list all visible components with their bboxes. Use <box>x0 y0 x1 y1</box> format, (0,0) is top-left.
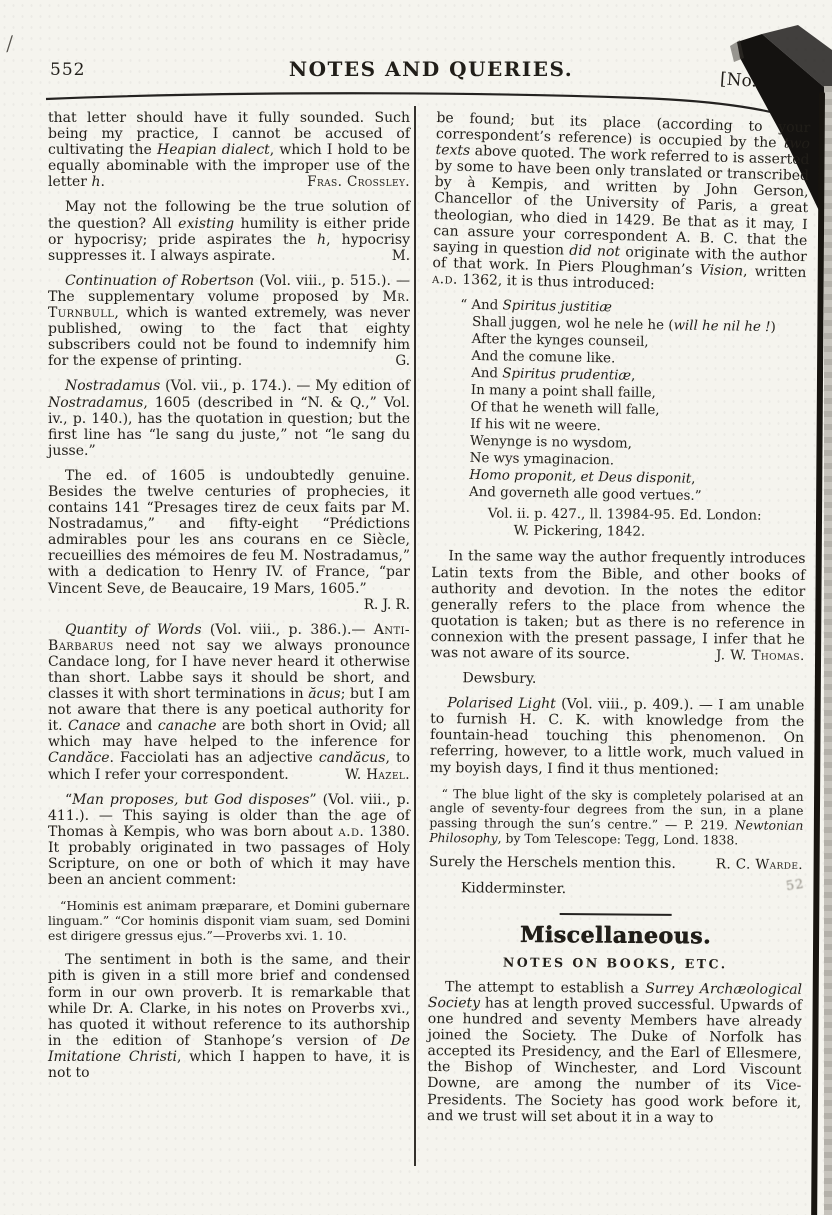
text-run: W. Pickering, 1842. <box>514 524 646 540</box>
italic-text: ăcus <box>308 686 340 702</box>
signature: Fras. Crossley. <box>293 174 410 190</box>
citation: Vol. ii. p. 427., ll. 13984-95. Ed. Lond… <box>432 505 806 542</box>
text-run: M. <box>392 248 410 264</box>
text-run: G. <box>395 353 410 369</box>
verse: “ And Spiritus justitiæShall juggen, wol… <box>431 296 809 506</box>
citation-line: W. Pickering, 1842. <box>488 523 806 543</box>
scanned-page: ⁄ 552 NOTES AND QUERIES. [No. 214. that … <box>0 0 832 1215</box>
signature: R. J. R. <box>333 597 410 613</box>
paragraph: be found; but its place (according to yo… <box>432 110 811 297</box>
italic-text: candăcus <box>319 750 386 766</box>
signature: W. Hazel. <box>314 767 410 783</box>
text-run: (Vol. viii., p. 386.).— <box>202 622 374 638</box>
text-run: The sentiment in both is the same, and t… <box>48 952 410 1048</box>
paragraph: May not the following be the true soluti… <box>48 199 410 263</box>
text-run: “Hominis est animam præparare, et Domini… <box>48 898 410 942</box>
paragraph: that letter should have it fully sounded… <box>48 110 410 190</box>
text-run: (Vol. vii., p. 174.). — My edition of <box>160 378 410 394</box>
italic-text: Quantity of Words <box>65 622 202 638</box>
text-run: ) <box>770 320 775 335</box>
smallcaps-text: J. W. Thomas. <box>716 647 805 664</box>
italic-text: Spiritus justitiæ <box>502 298 612 315</box>
paragraph: Nostradamus (Vol. vii., p. 174.). — My e… <box>48 378 410 458</box>
smallcaps-text: R. C. Warde. <box>716 857 803 874</box>
place: Dewsbury. <box>430 670 804 689</box>
paragraph: The attempt to establish a Surrey Archæo… <box>427 979 802 1127</box>
text-run: And the comune like. <box>471 349 615 367</box>
quote: “Hominis est animam præparare, et Domini… <box>48 899 410 943</box>
right-column: be found; but its place (according to yo… <box>427 110 809 1127</box>
text-run: , <box>631 369 636 384</box>
text-run: NOTES ON BOOKS, ETC. <box>503 954 728 971</box>
scan-edge-line <box>811 92 825 1215</box>
italic-text: will he nil he ! <box>673 318 770 335</box>
paragraph: The ed. of 1605 is undoubtedly genuine. … <box>48 468 410 613</box>
place: Kidderminster. <box>429 880 803 899</box>
paragraph: Surely the Herschels mention this.R. C. … <box>429 854 803 873</box>
italic-text: existing <box>178 216 234 232</box>
text-run: . <box>100 174 104 190</box>
italic-text: Vision <box>699 262 743 279</box>
text-run: R. J. R. <box>364 597 410 613</box>
text-run: Surely the Herschels mention this. <box>429 854 676 872</box>
signature: R. C. Warde. <box>702 857 803 874</box>
column-divider <box>414 106 416 1166</box>
text-run: , by Tom Telescope: Tegg, Lond. 1838. <box>498 830 739 847</box>
text-run: The ed. of 1605 is undoubtedly genuine. … <box>48 468 410 597</box>
italic-text: h <box>317 232 326 248</box>
signature: G. <box>364 353 410 369</box>
text-run: “ And <box>460 298 502 314</box>
text-run: Kidderminster. <box>461 880 566 897</box>
italic-text: Nostradamus <box>48 395 143 411</box>
italic-text: Candăce <box>48 750 110 766</box>
text-run: And governeth alle good vertues.” <box>469 485 702 504</box>
text-run: Ne wys ymaginacion. <box>470 451 615 469</box>
paragraph: The sentiment in both is the same, and t… <box>48 952 410 1081</box>
text-run: Dewsbury. <box>462 670 536 687</box>
smallcaps-text: W. Hazel. <box>345 767 410 783</box>
italic-text: Spiritus prudentiæ <box>502 366 631 383</box>
italic-text: Man proposes, but God disposes <box>72 792 309 808</box>
text-run: Miscellaneous. <box>520 921 711 949</box>
text-run: In the same way the author frequently in… <box>431 549 806 663</box>
section-heading: Miscellaneous. <box>428 926 802 945</box>
text-run: has at length proved successful. Upwards… <box>427 995 802 1125</box>
italic-text: Polarised Light <box>447 695 556 712</box>
smallcaps-text: a.d. <box>339 824 365 840</box>
scan-edge-strip <box>824 86 832 1215</box>
italic-text: Heapian dialect <box>157 142 270 158</box>
text-run: . Facciolati has an adjective <box>110 750 319 766</box>
text-run: , <box>691 472 696 487</box>
separator-rule <box>560 913 672 916</box>
pencil-mark: 52 <box>785 877 806 895</box>
smallcaps-text: Fras. Crossley. <box>307 174 410 190</box>
smallcaps-text: a.d. <box>432 271 458 288</box>
text-run: and <box>121 718 158 734</box>
paragraph: “Man proposes, but God disposes” (Vol. v… <box>48 792 410 889</box>
italic-text: Nostradamus <box>65 378 160 394</box>
journal-title: NOTES AND QUERIES. <box>70 57 792 81</box>
quote: “ The blue light of the sky is completel… <box>429 787 803 849</box>
signature: J. W. Thomas. <box>685 647 805 664</box>
paragraph: In the same way the author frequently in… <box>431 548 806 664</box>
text-run: , written <box>743 263 807 281</box>
paragraph: Continuation of Robertson (Vol. viii., p… <box>48 273 410 370</box>
italic-text: canache <box>158 718 217 734</box>
text-run: After the kynges counseil, <box>472 332 649 350</box>
italic-text: Continuation of Robertson <box>65 273 254 289</box>
sub-heading: NOTES ON BOOKS, ETC. <box>428 954 802 973</box>
text-run: And <box>471 366 502 382</box>
italic-text: Canace <box>68 718 121 734</box>
text-run: If his wit ne weere. <box>470 417 601 434</box>
text-run: The attempt to establish a <box>445 979 645 997</box>
text-run: Wenynge is no wysdom, <box>470 434 632 452</box>
paragraph: Polarised Light (Vol. viii., p. 409.). —… <box>430 695 805 778</box>
pen-mark: ⁄ <box>5 32 14 56</box>
text-run: Vol. ii. p. 427., ll. 13984-95. Ed. Lond… <box>488 506 762 523</box>
signature: M. <box>361 248 410 264</box>
text-run: above quoted. The work referred to is as… <box>433 143 810 258</box>
italic-text: did not <box>569 242 620 259</box>
left-column: that letter should have it fully sounded… <box>48 110 410 1081</box>
paragraph: Quantity of Words (Vol. viii., p. 386.).… <box>48 622 410 783</box>
